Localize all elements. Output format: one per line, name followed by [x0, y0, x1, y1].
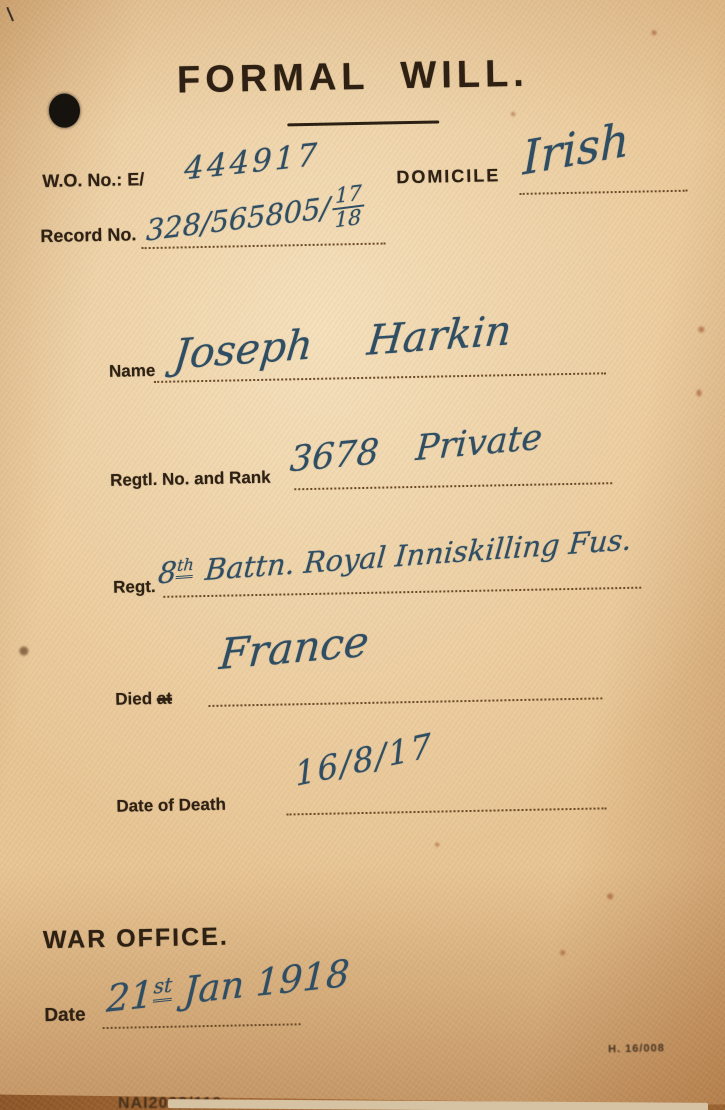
record-number-label: Record No.: [40, 224, 136, 247]
record-number-main: 328/565805/: [146, 190, 331, 247]
handwritten-date: 21stJan 1918: [105, 951, 350, 1020]
regiment-name: Battn. Royal Inniskilling Fus.: [204, 522, 633, 587]
handwritten-date-of-death: 16/8/17: [294, 725, 435, 794]
scanned-formal-will-page: { "document": { "title": "FORMAL WILL.",…: [0, 0, 725, 1110]
died-at-struck-text: at: [157, 689, 172, 708]
handwritten-name: Joseph Harkin: [171, 306, 513, 379]
date-of-death-label: Date of Death: [116, 795, 226, 817]
stain: [698, 326, 704, 332]
stain: [607, 893, 613, 899]
date-month-year: Jan 1918: [183, 951, 351, 1012]
date-day: 21: [105, 972, 154, 1020]
domicile-line: [520, 190, 688, 195]
regt-label: Regt.: [113, 577, 156, 598]
died-at-line: [208, 697, 602, 707]
stain: [435, 843, 439, 847]
date-line: [103, 1023, 301, 1029]
page-title: FORMAL WILL.: [0, 49, 716, 106]
regiment-ordinal: th: [176, 555, 195, 579]
corner-ink-mark: [6, 7, 14, 22]
date-ordinal: st: [153, 972, 173, 1002]
regtl-no-rank-line: [294, 482, 612, 490]
wo-number-label: W.O. No.: E/: [42, 169, 144, 192]
domicile-label: DOMICILE: [396, 165, 500, 188]
war-office-label: WAR OFFICE.: [43, 923, 229, 956]
regt-line: [163, 587, 641, 598]
died-at-label: Died at: [115, 689, 172, 710]
handwritten-died-at: France: [218, 616, 371, 679]
handwritten-regiment: 8thBattn. Royal Inniskilling Fus.: [157, 522, 633, 590]
handwritten-regtl-no-rank: 3678 Private: [289, 417, 544, 480]
stain: [560, 950, 565, 955]
died-label-text: Died: [115, 689, 152, 709]
form-content: FORMAL WILL. W.O. No.: E/ 444917 DOMICIL…: [0, 0, 725, 1110]
date-label: Date: [44, 1004, 86, 1027]
stain: [652, 30, 657, 35]
form-code: H. 16/008: [608, 1042, 665, 1055]
name-label: Name: [109, 361, 156, 382]
record-number-fraction: 1718: [332, 182, 365, 232]
regtl-no-rank-label: Regtl. No. and Rank: [110, 468, 271, 491]
date-of-death-line: [287, 807, 607, 815]
title-underline-rule: [287, 120, 439, 126]
stain: [19, 646, 28, 655]
handwritten-domicile: Irish: [523, 112, 630, 186]
handwritten-wo-number: 444917: [184, 137, 321, 188]
record-fraction-bottom: 18: [332, 206, 365, 232]
stain: [511, 112, 515, 116]
regiment-number: 8: [157, 555, 178, 591]
stain: [696, 389, 701, 396]
